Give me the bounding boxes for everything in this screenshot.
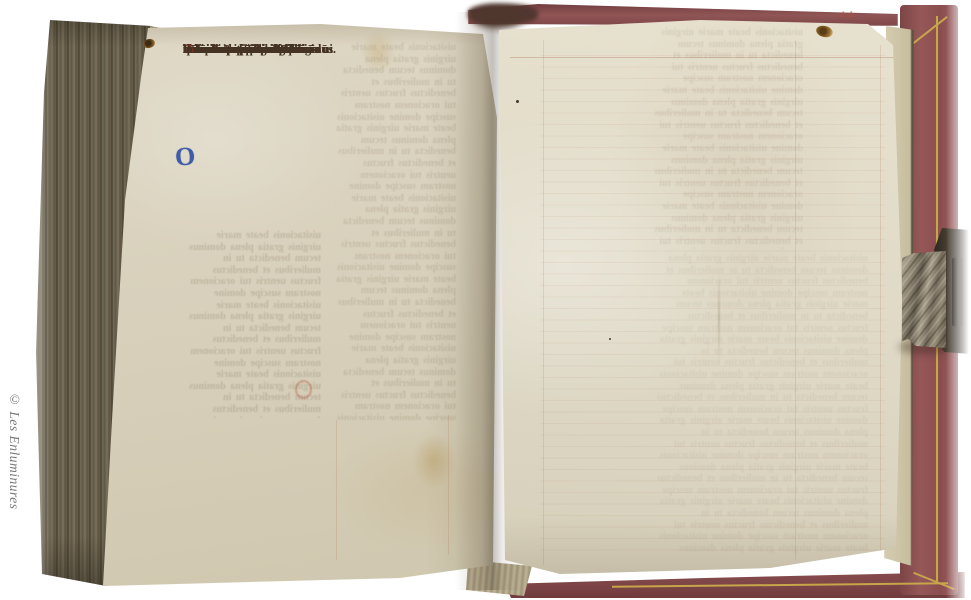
- manuscript-photo: oblaciōes qs tibi offerimus. uisitaciōem…: [0, 0, 971, 600]
- bleed-through-column-3: uisitacionis beate marie uirginis gratia…: [653, 27, 803, 249]
- bleed-through-red-initial: [295, 380, 312, 399]
- ink-speck: [609, 338, 611, 340]
- gutter-top-shadow: [472, 6, 522, 28]
- manuscript-segment: tenus excedamus. P.: [183, 42, 285, 56]
- ruling-line-vertical: [880, 45, 881, 560]
- bleed-through-column-4: uisitacionis beate marie uirginis gratia…: [653, 253, 868, 553]
- blue-initial-letter: O: [174, 143, 196, 170]
- ruling-line-vertical: [543, 40, 544, 565]
- book-clasp-catch: [902, 251, 946, 348]
- right-page: uisitacionis beate marie uirginis gratia…: [495, 15, 925, 580]
- backdrop-fade: [946, 0, 971, 600]
- bleed-through-column-2: uisitacionis beate marie uirginis gratia…: [330, 42, 456, 420]
- ruling-line-vertical: [336, 420, 337, 560]
- copyright-watermark: © Les Enluminures: [6, 392, 22, 567]
- ink-speck: [516, 100, 519, 103]
- folio-number: 44: [840, 10, 856, 22]
- page-bottom-shading: [495, 515, 925, 580]
- parchment-crease: [718, 270, 720, 365]
- stain: [413, 434, 455, 488]
- left-page: oblaciōes qs tibi offerimus. uisitaciōem…: [95, 20, 505, 590]
- stain: [361, 30, 395, 74]
